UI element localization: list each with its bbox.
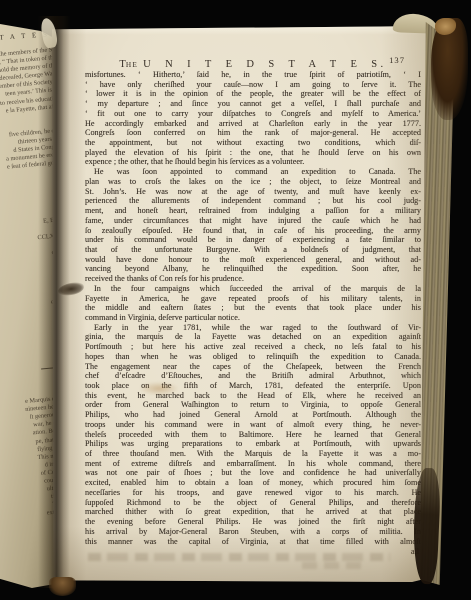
text-line: Philips, who had joined General Arnold a… <box>85 410 421 420</box>
text-line: chef d’eſcadre d’Eſtouches, and the Brit… <box>85 371 421 381</box>
text-line: expence ; the other, that he ſhould begi… <box>85 157 421 167</box>
text-line: ſuppoſed Richmond to be the object of Ge… <box>85 498 421 508</box>
text-line: fame, under circumſtances that might hav… <box>85 216 421 226</box>
page-number: 137 <box>389 55 405 65</box>
text-line: He accordingly embarked and arrived at C… <box>85 119 421 129</box>
left-page-fragment-line: t. <box>0 336 58 361</box>
text-line: the evening before General Philips. He w… <box>85 517 421 527</box>
text-line: excited, enabled him to obtain a loan of… <box>85 478 421 488</box>
text-line: command in Virginia, deſerve particular … <box>85 313 421 323</box>
text-line: Portſmouth ; but here his active zeal re… <box>85 342 421 352</box>
bleedthrough-text <box>302 562 362 569</box>
text-line: The engagement near the capes of the Che… <box>85 362 421 372</box>
text-line: received the thanks of Con reſs for his … <box>85 274 421 284</box>
text-line: hopes than when he was obliged to relinq… <box>85 352 421 362</box>
text-line: order from General Waſhington to return … <box>85 400 421 410</box>
text-line: ment, and honeſt heart, reſtrained from … <box>85 206 421 216</box>
title-smallcaps: HE <box>126 60 138 69</box>
left-page-fragment-line <box>0 360 58 385</box>
text-line: ſo zealouſly eſpouſed. He found that, in… <box>85 226 421 236</box>
body-text: misfortunes. ‘ Hitherto,’ ſaid he, in th… <box>85 70 421 546</box>
text-line: He was ſoon appointed to command an expe… <box>85 167 421 177</box>
book-page: THEU N I T E D S T A T E S. 137 misfortu… <box>52 26 435 582</box>
text-line: troops under his command were in want of… <box>85 420 421 430</box>
text-line: of three thouſand men. With the Marquis … <box>85 449 421 459</box>
text-line: played the elevation of his ſpirit : the… <box>85 148 421 158</box>
text-line: his arrival by Major-General Baron Steub… <box>85 527 421 537</box>
text-line: the middle and eaſtern ſtates ; but the … <box>85 303 421 313</box>
text-line: took place on the fifth of March, 1781, … <box>85 381 421 391</box>
text-line: misfortunes. ‘ Hitherto,’ ſaid he, in th… <box>85 70 421 80</box>
text-line: this manner was the capital of Virginia,… <box>85 537 421 547</box>
text-line: theleſs proceeded with them to Baltimore… <box>85 430 421 440</box>
text-line: ‘ have only cheriſhed your cauſe—now I a… <box>85 80 421 90</box>
left-page-fragment-line: aſſembled, <box>0 296 58 321</box>
running-header: THEU N I T E D S T A T E S. 137 <box>85 54 421 68</box>
text-line: vancing beyond Albany, he relinquiſhed t… <box>85 264 421 274</box>
text-line: plan was to croſs the lakes on the ice ;… <box>85 177 421 187</box>
text-line: Congreſs ſoon conferred on him the rank … <box>85 128 421 138</box>
spine-bottom-edge <box>49 577 76 596</box>
text-line: was not one pair of ſhoes ; but the love… <box>85 468 421 478</box>
title-main: U N I T E D S T A T E S. <box>143 59 386 70</box>
text-line: In the four campaigns which ſucceeded th… <box>85 284 421 294</box>
text-line: this event, he marched back to the Head … <box>85 391 421 401</box>
bleedthrough-text <box>88 553 390 561</box>
book-scan: T A T E S. le, the members of the Sod, “… <box>0 0 471 600</box>
text-line: ‘ my departure ; and ſince you cannot ge… <box>85 99 421 109</box>
text-line: ment of extreme diſtreſs and embarraſſme… <box>85 459 421 469</box>
left-page-fragment-line: my <box>0 264 58 289</box>
text-line: marched thither with ſo great expedition… <box>85 507 421 517</box>
text-line: Fayette in America, he gave repeated pro… <box>85 294 421 304</box>
text-line: St. John’s. He was now at the age of twe… <box>85 187 421 197</box>
text-line: would have done honour to the moſt exper… <box>85 255 421 265</box>
text-line: under his command would be in danger of … <box>85 235 421 245</box>
text-line: the appointment, but not without exactin… <box>85 138 421 148</box>
text-line: ginia, the marquis de la Fayette was det… <box>85 332 421 342</box>
left-page-edge: T A T E S. le, the members of the Sod, “… <box>0 16 58 588</box>
text-line: neceſſaries for his troops, and gave ren… <box>85 488 421 498</box>
text-line: Philips was urging preparations to embar… <box>85 439 421 449</box>
left-page-text-fragments: le, the members of the Sod, “ That in to… <box>0 46 58 538</box>
paper-stain <box>140 382 178 395</box>
text-line: ‘ fit out one to carry your diſpatches t… <box>85 109 421 119</box>
text-line: perienced the allurements of independent… <box>85 196 421 206</box>
text-line: that of the unfortunate Burgoyne. With a… <box>85 245 421 255</box>
text-line: Early in the year 1781, while the war ra… <box>85 323 421 333</box>
ink-blot-stain <box>57 281 84 297</box>
text-line: ‘ lower it is in the opinion of the peop… <box>85 89 421 99</box>
